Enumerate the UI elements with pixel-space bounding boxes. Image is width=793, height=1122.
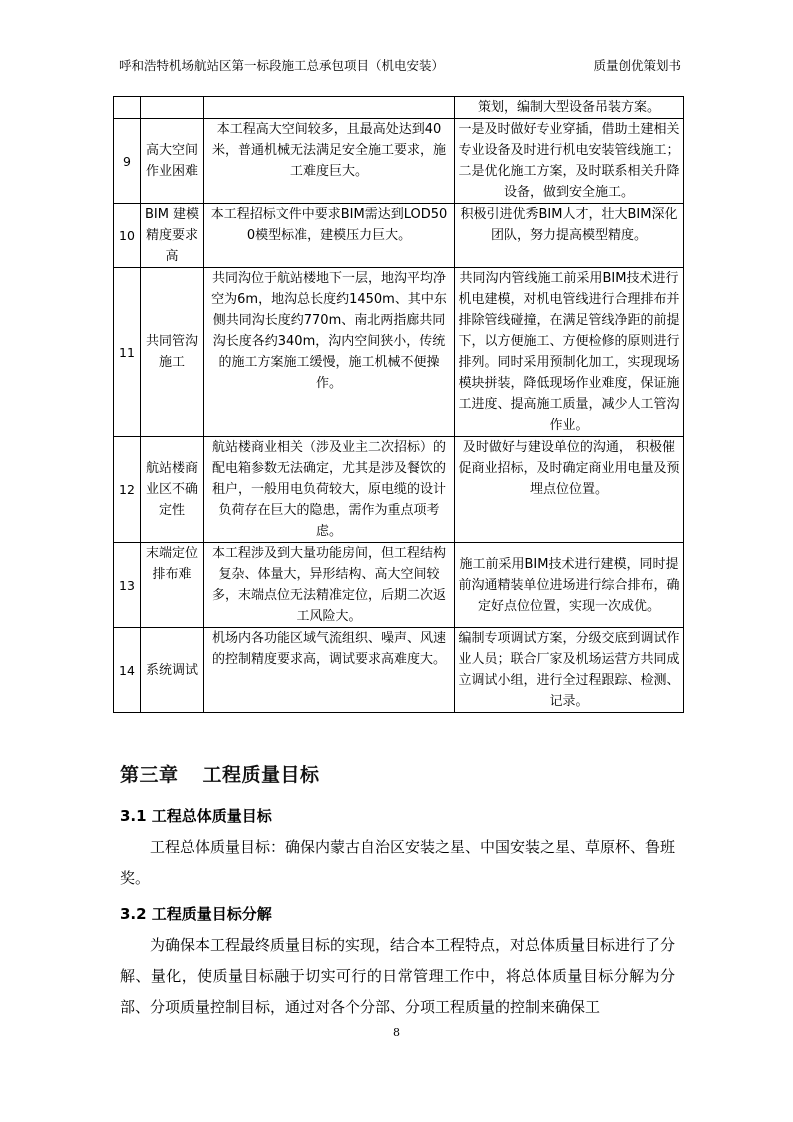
cell-name: 航站楼商业区不确定性 xyxy=(141,437,204,543)
table-row: 13 末端定位排布难 本工程涉及到大量功能房间，但工程结构复杂、体量大，异形结构… xyxy=(114,543,684,628)
cell-measure: 共同沟内管线施工前采用BIM技术进行机电建模，对机电管线进行合理排布并排除管线碰… xyxy=(455,268,684,437)
cell-measure: 积极引进优秀BIM人才，壮大BIM深化团队，努力提高模型精度。 xyxy=(455,204,684,268)
cell-desc: 机场内各功能区域气流组织、噪声、风速的控制精度要求高，调试要求高难度大。 xyxy=(204,628,455,713)
paragraph-3-2: 为确保本工程最终质量目标的实现，结合本工程特点，对总体质量目标进行了分解、量化，… xyxy=(120,930,675,1023)
table-row: 9 高大空间作业困难 本工程高大空间较多，且最高处达到40米，普通机械无法满足安… xyxy=(114,119,684,204)
cell-desc: 共同沟位于航站楼地下一层，地沟平均净空为6m，地沟总长度约1450m、其中东侧共… xyxy=(204,268,455,437)
project-title: 呼和浩特机场航站区第一标段施工总承包项目（机电安装） xyxy=(119,57,444,75)
risk-table: 策划，编制大型设备吊装方案。 9 高大空间作业困难 本工程高大空间较多，且最高处… xyxy=(113,96,684,713)
cell-no: 14 xyxy=(114,628,141,713)
cell-name: 高大空间作业困难 xyxy=(141,119,204,204)
table-row: 14 系统调试 机场内各功能区域气流组织、噪声、风速的控制精度要求高，调试要求高… xyxy=(114,628,684,713)
cell-no: 13 xyxy=(114,543,141,628)
paragraph-3-1: 工程总体质量目标：确保内蒙古自治区安装之星、中国安装之星、草原杯、鲁班奖。 xyxy=(120,832,675,894)
cell-measure: 策划，编制大型设备吊装方案。 xyxy=(455,97,684,119)
page-header: 呼和浩特机场航站区第一标段施工总承包项目（机电安装） 质量创优策划书 xyxy=(119,57,681,75)
cell-no: 10 xyxy=(114,204,141,268)
cell-name xyxy=(141,97,204,119)
table-row-continuation: 策划，编制大型设备吊装方案。 xyxy=(114,97,684,119)
cell-name: 系统调试 xyxy=(141,628,204,713)
cell-name: 共同管沟施工 xyxy=(141,268,204,437)
cell-no: 11 xyxy=(114,268,141,437)
cell-measure: 编制专项调试方案，分级交底到调试作业人员；联合厂家及机场运营方共同成立调试小组，… xyxy=(455,628,684,713)
chapter-heading: 第三章工程质量目标 xyxy=(120,760,320,787)
cell-name: BIM 建模精度要求高 xyxy=(141,204,204,268)
section-heading-3-1: 3.1 工程总体质量目标 xyxy=(120,805,272,826)
cell-desc xyxy=(204,97,455,119)
cell-desc: 航站楼商业相关（涉及业主二次招标）的配电箱参数无法确定，尤其是涉及餐饮的租户，一… xyxy=(204,437,455,543)
chapter-number: 第三章 xyxy=(120,764,179,786)
table-row: 10 BIM 建模精度要求高 本工程招标文件中要求BIM需达到LOD500模型标… xyxy=(114,204,684,268)
chapter-title: 工程质量目标 xyxy=(203,764,320,786)
cell-desc: 本工程涉及到大量功能房间，但工程结构复杂、体量大，异形结构、高大空间较多，末端点… xyxy=(204,543,455,628)
section-heading-3-2: 3.2 工程质量目标分解 xyxy=(120,903,272,924)
cell-measure: 及时做好与建设单位的沟通， 积极催促商业招标，及时确定商业用电量及预埋点位位置。 xyxy=(455,437,684,543)
cell-name: 末端定位排布难 xyxy=(141,543,204,628)
cell-desc: 本工程高大空间较多，且最高处达到40米，普通机械无法满足安全施工要求，施工难度巨… xyxy=(204,119,455,204)
cell-measure: 一是及时做好专业穿插，借助土建相关专业设备及时进行机电安装管线施工；二是优化施工… xyxy=(455,119,684,204)
page-number: 8 xyxy=(0,1026,793,1039)
table-row: 11 共同管沟施工 共同沟位于航站楼地下一层，地沟平均净空为6m，地沟总长度约1… xyxy=(114,268,684,437)
cell-measure: 施工前采用BIM技术进行建模，同时提前沟通精装单位进场进行综合排布，确定好点位位… xyxy=(455,543,684,628)
cell-no: 9 xyxy=(114,119,141,204)
cell-no xyxy=(114,97,141,119)
table-row: 12 航站楼商业区不确定性 航站楼商业相关（涉及业主二次招标）的配电箱参数无法确… xyxy=(114,437,684,543)
cell-desc: 本工程招标文件中要求BIM需达到LOD500模型标准，建模压力巨大。 xyxy=(204,204,455,268)
document-title: 质量创优策划书 xyxy=(593,57,681,75)
cell-no: 12 xyxy=(114,437,141,543)
